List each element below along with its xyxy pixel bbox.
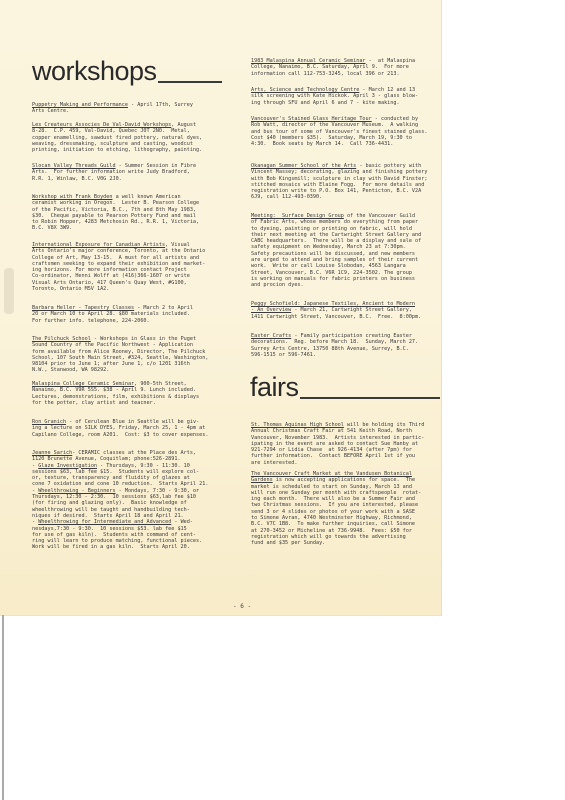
workshop-entry-stained-glass-tour: Vancouver's Stained Glass Heritage Tour … — [251, 116, 427, 147]
workshop-entry-schofield: Peggy Schofield: Japanese Textiles, Anci… — [251, 301, 421, 320]
workshops-heading: workshops — [32, 58, 222, 85]
workshop-entry-slocan: Slocan Valley Threads Guild - Summer Ses… — [32, 163, 196, 182]
entry-title: Okanagan Summer School of the Arts — [251, 163, 356, 169]
workshop-entry-malaspina-seminar: Malaspina College Ceramic Seminar, 900-5… — [32, 381, 199, 406]
page-number: - 6 - — [233, 603, 251, 610]
workshop-entry-international-exposure: International Exposure for Canadian Arti… — [32, 242, 205, 292]
scan-edge-line — [2, 615, 4, 800]
sarich-wheelthrowing-advanced: - Wheelthrowing for Intermediate and Adv… — [32, 519, 202, 550]
sarich-glaze-investigation: - Glaze Investigation - Thursdays, 9:30 … — [32, 463, 208, 488]
entry-title: Ron Granich — [32, 419, 66, 425]
fair-entry-st-thomas-aquinas: St. Thomas Aquinas High School will be h… — [251, 422, 424, 466]
entry-title: Slocan Valley Threads Guild — [32, 163, 116, 169]
entry-title: Barbara Heller - Tapestry Classes — [32, 305, 134, 311]
workshop-entry-okanagan: Okanagan Summer School of the Arts - bas… — [251, 163, 427, 201]
entry-title: Workshop with Frank Boyden — [32, 194, 112, 200]
workshop-entry-boyden: Workshop with Frank Boyden a well known … — [32, 194, 199, 232]
fair-entry-vancouver-craft-market: The Vancouver Craft Market at the Vandus… — [251, 471, 421, 547]
entry-title: Wheelthrowing for Intermediate and Advan… — [38, 519, 171, 525]
entry-title: Jeanne Sarich — [32, 450, 72, 456]
workshop-entry-puppetry: Puppetry Making and Performance - April … — [32, 102, 193, 115]
entry-text: , Visual Arts Ontario's major conference… — [32, 242, 205, 292]
entry-title: Malaspina College Ceramic Seminar — [32, 381, 134, 387]
workshop-entry-granich: Ron Granich - of Cerulean Blue in Seattl… — [32, 419, 208, 438]
entry-text: of the Vancouver Guild of Fabric Arts, w… — [251, 213, 421, 288]
entry-prefix: Meeting: — [251, 213, 282, 219]
workshop-entry-malaspina-annual: 1983 Malaspina Annual Ceramic Seminar - … — [251, 58, 415, 77]
entry-title: Vancouver's Stained Glass Heritage Tour — [251, 116, 372, 122]
section-title: workshops — [32, 58, 157, 85]
entry-text: - basic pottery with Vincent Massey; dec… — [251, 163, 427, 200]
workshop-entry-easter-crafts: Easter Crafts - Family participation cre… — [251, 333, 418, 358]
entry-title: Glaze Investigation — [38, 463, 97, 469]
entry-title: Wheelthrowing - Beginners — [38, 488, 115, 494]
heading-rule — [158, 81, 222, 83]
sarich-wheelthrowing-beginners: - Wheelthrowing - Beginners - Mondays, 7… — [32, 488, 199, 519]
entry-text: will be holding its Third Annual Christm… — [251, 422, 424, 466]
heading-rule — [300, 397, 440, 399]
entry-text: - Workshops in Glass in the Puget Sound … — [32, 336, 208, 373]
document-page: workshops Puppetry Making and Performanc… — [0, 0, 442, 616]
entry-title: Puppetry Making and Performance — [32, 102, 128, 108]
section-title: fairs — [250, 374, 299, 401]
entry-title: The Pilchuck School — [32, 336, 91, 342]
entry-title: Arts, Science and Technology Centre — [251, 87, 359, 93]
entry-title: 1983 Malaspina Annual Ceramic Seminar — [251, 58, 366, 64]
entry-title: Surface Design Group — [282, 213, 344, 219]
workshop-entry-arts-science-centre: Arts, Science and Technology Centre - Ma… — [251, 87, 418, 106]
fairs-heading: fairs — [250, 374, 440, 401]
workshop-entry-heller: Barbara Heller - Tapestry Classes - Marc… — [32, 305, 193, 324]
entry-title: Les Createurs Associes De Val-David Work… — [32, 122, 171, 128]
workshop-entry-surface-design-meeting: Meeting: Surface Design Group of the Van… — [251, 213, 421, 289]
workshop-entry-val-david: Les Createurs Associes De Val-David Work… — [32, 122, 202, 153]
paper-stain — [4, 268, 14, 314]
entry-text: is now accepting applications for space.… — [251, 477, 421, 546]
entry-title: Easter Crafts — [251, 333, 291, 339]
workshop-entry-sarich: Jeanne Sarich- CERAMIC classes at the Pl… — [32, 450, 196, 463]
workshop-entry-pilchuck: The Pilchuck School - Workshops in Glass… — [32, 336, 208, 374]
entry-title: St. Thomas Aquinas High School — [251, 422, 344, 428]
entry-title: International Exposure for Canadian Arti… — [32, 242, 165, 248]
entry-text: a well known American ceramist working i… — [32, 194, 199, 231]
